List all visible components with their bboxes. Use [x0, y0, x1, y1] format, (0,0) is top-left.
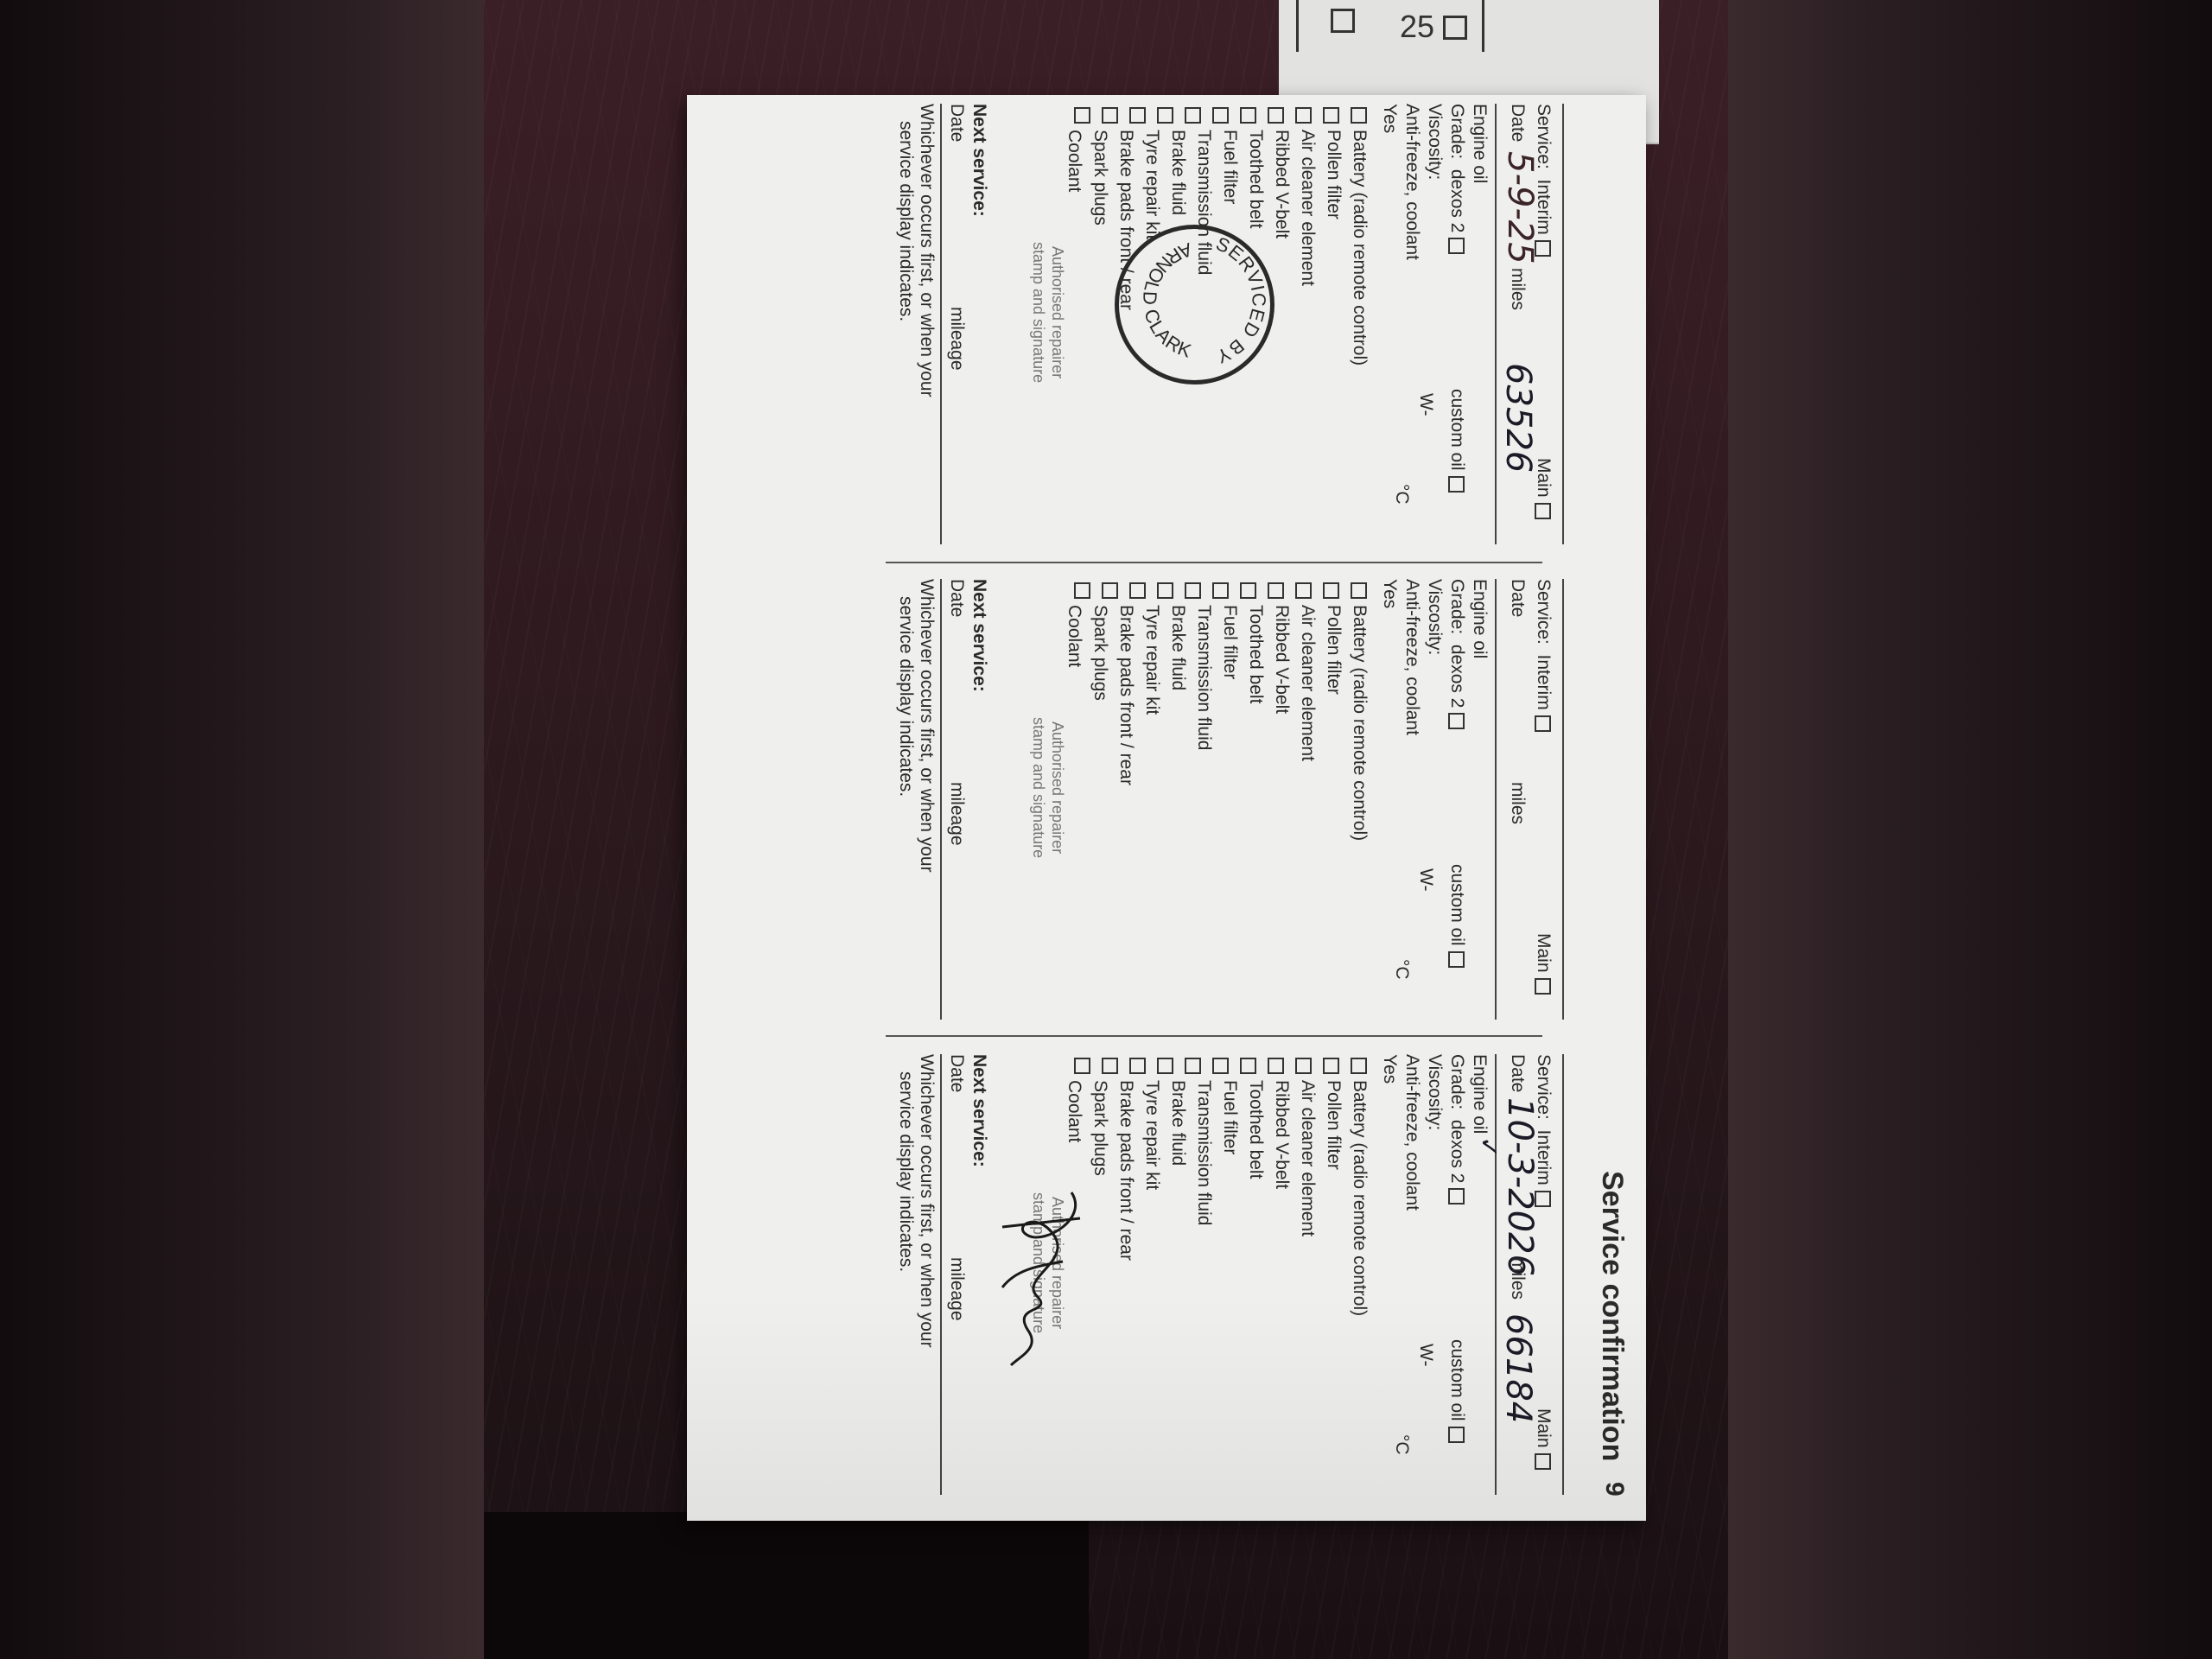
engine-oil-label: Engine oil	[1469, 579, 1490, 658]
checklist-item: Battery (radio remote control)	[1346, 605, 1372, 841]
form-rule	[940, 1054, 942, 1495]
grade-label: Grade:	[1447, 104, 1467, 159]
celsius-label: °C	[1391, 959, 1412, 980]
form-top-rule	[1562, 579, 1564, 1020]
checklist-checkbox[interactable]	[1240, 1058, 1256, 1074]
checklist-items: Battery (radio remote control) Pollen fi…	[1061, 605, 1372, 841]
stamp-note-line: stamp and signature	[1029, 717, 1048, 858]
custom-oil-label: custom oil	[1447, 864, 1467, 946]
service-label: Service:	[1534, 579, 1554, 645]
checklist-item: Brake fluid	[1165, 1080, 1191, 1316]
checklist-checkbox[interactable]	[1102, 582, 1118, 599]
form-rule	[1482, 0, 1484, 52]
stamp-signature-note: Authorised repairerstamp and signature	[1029, 717, 1067, 858]
handwritten-year: 25	[1400, 9, 1434, 45]
dexos-label: dexos 2	[1447, 645, 1467, 709]
main-checkbox[interactable]	[1535, 978, 1551, 995]
checklist-checkbox[interactable]	[1212, 582, 1229, 599]
next-date-label: Date	[946, 104, 967, 142]
checklist-checkbox[interactable]	[1295, 107, 1312, 124]
service-form-3: Service: Interim Main Date 10-3-2026 mil…	[717, 1054, 1564, 1503]
checklist-checkbox[interactable]	[1240, 582, 1256, 599]
checklist-checkbox[interactable]	[1212, 107, 1229, 124]
footer-note: service display indicates.	[895, 596, 916, 797]
checklist-checkbox[interactable]	[1185, 582, 1201, 599]
date-label: Date	[1507, 1054, 1528, 1092]
yes-label: Yes	[1379, 104, 1400, 133]
page-title: Service confirmation	[1595, 1171, 1629, 1461]
checklist-item: Brake pads front / rear	[1113, 1080, 1139, 1316]
checklist-checkbox[interactable]	[1268, 1058, 1284, 1074]
svg-text:ARNOLD CLARK: ARNOLD CLARK	[1139, 238, 1195, 362]
checklist-checkbox[interactable]	[1323, 1058, 1339, 1074]
form-divider	[886, 1035, 1542, 1037]
antifreeze-label: Anti-freeze, coolant	[1402, 1054, 1422, 1211]
stamp-note-line: Authorised repairer	[1048, 242, 1067, 383]
yes-label: Yes	[1379, 579, 1400, 608]
grade-label: Grade:	[1447, 1054, 1467, 1109]
stamp-text-ring: SERVICED BY ARNOLD CLARK	[1123, 225, 1274, 376]
form-divider	[886, 562, 1542, 563]
checklist-item: Spark plugs	[1087, 130, 1113, 365]
checklist-item: Air cleaner element	[1294, 605, 1320, 841]
dexos-checkbox[interactable]	[1448, 238, 1465, 254]
checklist-checkbox[interactable]	[1323, 107, 1339, 124]
footer-note: Whichever occurs first, or when your	[916, 104, 937, 397]
next-date-label: Date	[946, 1054, 967, 1092]
mileage-label: mileage	[946, 782, 967, 846]
dexos-checkbox[interactable]	[1448, 713, 1465, 729]
page-number: 9	[1599, 1482, 1629, 1497]
next-service-label: Next service:	[969, 579, 989, 692]
checklist-checkboxes	[1063, 1058, 1367, 1074]
viscosity-w-label: W-	[1415, 868, 1436, 891]
repairer-signature	[985, 1184, 1097, 1374]
checklist-item: Brake fluid	[1165, 605, 1191, 841]
viscosity-label: Viscosity:	[1424, 579, 1445, 655]
checklist-item: Transmission fluid	[1191, 605, 1217, 841]
checklist-item: Toothed belt	[1243, 1080, 1268, 1316]
viscosity-label: Viscosity:	[1424, 104, 1445, 180]
checklist-checkbox[interactable]	[1351, 107, 1367, 124]
checklist-item: Spark plugs	[1087, 605, 1113, 841]
checklist-checkbox[interactable]	[1185, 107, 1201, 124]
checklist-checkbox[interactable]	[1102, 1058, 1118, 1074]
checklist-checkbox[interactable]	[1129, 107, 1146, 124]
engine-oil-label: Engine oil	[1469, 1054, 1490, 1134]
checklist-item: Brake pads front / rear	[1113, 605, 1139, 841]
date-field[interactable]: 10-3-2026	[1500, 1097, 1540, 1276]
celsius-label: °C	[1391, 484, 1412, 505]
form-top-rule	[1562, 104, 1564, 544]
checklist-item: Battery (radio remote control)	[1346, 130, 1372, 365]
interim-label: Interim	[1534, 655, 1554, 710]
service-confirmation-page: Service confirmation 9 Service: Interim …	[687, 95, 1646, 1521]
dexos-label: dexos 2	[1447, 1120, 1467, 1184]
checklist-item: Pollen filter	[1320, 605, 1346, 841]
viscosity-w-label: W-	[1415, 1344, 1436, 1366]
checklist-checkbox[interactable]	[1074, 107, 1090, 124]
custom-oil-checkbox[interactable]	[1448, 1427, 1465, 1443]
form-rule	[1495, 579, 1497, 1020]
table-shadow	[484, 1512, 1089, 1659]
yes-label: Yes	[1379, 1054, 1400, 1084]
engine-oil-tick: ✓	[1473, 1136, 1503, 1158]
next-date-label: Date	[946, 579, 967, 617]
dexos-label: dexos 2	[1447, 169, 1467, 233]
checklist-checkbox[interactable]	[1102, 107, 1118, 124]
checklist-item: Ribbed V-belt	[1268, 605, 1294, 841]
checklist-checkbox[interactable]	[1295, 1058, 1312, 1074]
main-label: Main	[1534, 933, 1554, 973]
background-right-blur	[1728, 0, 2212, 1659]
form-rule	[1495, 1054, 1497, 1495]
checklist-item: Air cleaner element	[1294, 1080, 1320, 1316]
checklist-item: Fuel filter	[1217, 1080, 1243, 1316]
antifreeze-label: Anti-freeze, coolant	[1402, 104, 1422, 260]
form-top-rule	[1562, 1054, 1564, 1495]
miles-label: miles	[1507, 782, 1528, 824]
date-label: Date	[1507, 579, 1528, 617]
engine-oil-label: Engine oil	[1469, 104, 1490, 183]
checklist-checkbox[interactable]	[1074, 582, 1090, 599]
checklist-checkbox[interactable]	[1323, 582, 1339, 599]
checklist-item: Pollen filter	[1320, 130, 1346, 365]
checklist-item: Pollen filter	[1320, 1080, 1346, 1316]
arnold-clark-stamp: SERVICED BY ARNOLD CLARK	[1115, 225, 1274, 385]
checklist-item: Battery (radio remote control)	[1346, 1080, 1372, 1316]
checklist-checkbox[interactable]	[1074, 1058, 1090, 1074]
checklist-checkbox[interactable]	[1157, 107, 1173, 124]
viscosity-w-label: W-	[1415, 393, 1436, 416]
svg-text:SERVICED BY: SERVICED BY	[1213, 232, 1270, 368]
next-service-label: Next service:	[969, 104, 989, 217]
checklist-checkbox[interactable]	[1129, 582, 1146, 599]
custom-oil-checkbox[interactable]	[1448, 476, 1465, 493]
miles-field[interactable]: 66184	[1498, 1313, 1538, 1423]
miles-field[interactable]: 63526	[1498, 363, 1538, 473]
viscosity-label: Viscosity:	[1424, 1054, 1445, 1130]
checklist-checkboxes	[1063, 107, 1367, 124]
service-form-1: Service: Interim Main Date 5-9-25 miles …	[717, 104, 1564, 553]
main-checkbox[interactable]	[1535, 503, 1551, 519]
checklist-item: Tyre repair kit	[1139, 605, 1165, 841]
checklist-checkbox[interactable]	[1295, 582, 1312, 599]
background-left-blur	[0, 0, 484, 1659]
service-form-2: Service: Interim Main Date miles Engine …	[717, 579, 1564, 1028]
antifreeze-label: Anti-freeze, coolant	[1402, 579, 1422, 735]
form-rule	[940, 579, 942, 1020]
checklist-checkbox[interactable]	[1240, 107, 1256, 124]
footer-note: Whichever occurs first, or when your	[916, 579, 937, 873]
main-checkbox[interactable]	[1535, 1453, 1551, 1470]
checklist-checkbox[interactable]	[1212, 1058, 1229, 1074]
footer-note: Whichever occurs first, or when your	[916, 1054, 937, 1348]
custom-oil-label: custom oil	[1447, 1339, 1467, 1421]
stamp-note-line: stamp and signature	[1029, 242, 1048, 383]
footer-note: service display indicates.	[895, 121, 916, 321]
date-label: Date	[1507, 104, 1528, 142]
interim-checkbox[interactable]	[1535, 715, 1551, 732]
checklist-checkbox[interactable]	[1351, 582, 1367, 599]
checklist-item: Toothed belt	[1243, 605, 1268, 841]
next-service-label: Next service:	[969, 1054, 989, 1167]
dexos-checkbox[interactable]	[1448, 1188, 1465, 1205]
checklist-item: Air cleaner element	[1294, 130, 1320, 365]
date-field[interactable]: 5-9-25	[1500, 151, 1540, 264]
mileage-label: mileage	[946, 307, 967, 371]
mileage-label: mileage	[946, 1257, 967, 1321]
checkbox-icon	[1443, 16, 1467, 40]
stamp-note-line: Authorised repairer	[1048, 717, 1067, 858]
custom-oil-checkbox[interactable]	[1448, 951, 1465, 968]
checklist-checkbox[interactable]	[1157, 1058, 1173, 1074]
miles-label: miles	[1507, 268, 1528, 310]
checklist-item: Transmission fluid	[1191, 1080, 1217, 1316]
checklist-item: Ribbed V-belt	[1268, 1080, 1294, 1316]
miles-label: miles	[1507, 1257, 1528, 1300]
checklist-checkbox[interactable]	[1157, 582, 1173, 599]
checklist-item: Tyre repair kit	[1139, 1080, 1165, 1316]
form-rule	[940, 104, 942, 544]
form-rule	[1296, 0, 1299, 52]
checkbox-icon	[1331, 9, 1355, 33]
footer-note: service display indicates.	[895, 1071, 916, 1272]
checklist-checkbox[interactable]	[1351, 1058, 1367, 1074]
checklist-items: Battery (radio remote control) Pollen fi…	[1061, 1080, 1372, 1316]
checklist-checkbox[interactable]	[1185, 1058, 1201, 1074]
checklist-checkbox[interactable]	[1129, 1058, 1146, 1074]
grade-label: Grade:	[1447, 579, 1467, 634]
checklist-checkboxes	[1063, 582, 1367, 599]
form-rule	[1495, 104, 1497, 544]
checklist-checkbox[interactable]	[1268, 582, 1284, 599]
custom-oil-label: custom oil	[1447, 389, 1467, 471]
celsius-label: °C	[1391, 1434, 1412, 1455]
stamp-signature-note: Authorised repairerstamp and signature	[1029, 242, 1067, 383]
checklist-checkbox[interactable]	[1268, 107, 1284, 124]
checklist-item: Fuel filter	[1217, 605, 1243, 841]
